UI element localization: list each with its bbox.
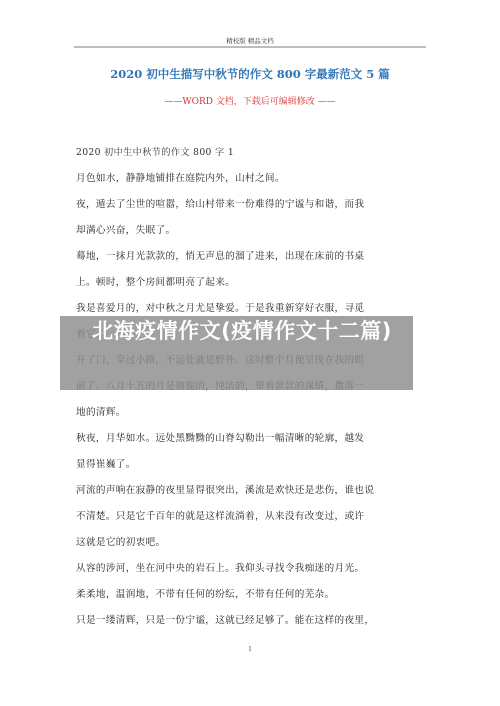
overlay-title: 北海疫情作文(疫情作文十二篇) [72,318,412,344]
paragraph-line: 上。顿时，整个房间都明亮了起来。 [76,270,426,296]
paragraph-line: 却满心兴奋，失眠了。 [76,218,426,244]
paragraph-line: 河流的声响在寂静的夜里显得很突出，溪流是欢快还是悲伤，谁也说 [76,478,426,504]
page-header-label: 精校版 精品文档 [0,36,500,45]
document-title: 2020 初中生描写中秋节的作文 800 字最新范文 5 篇 [0,66,500,82]
paragraph-line: 只是一缕清辉，只是一份宁谧，这就已经足够了。能在这样的夜里， [76,608,426,634]
paragraph-line: 从容的涉河，坐在河中央的岩石上。我仰头寻找令我痴迷的月光。 [76,556,426,582]
essay-heading: 2020 初中生中秋节的作文 800 字 1 [76,140,426,166]
paragraph-line: 显得崔巍了。 [76,452,426,478]
paragraph-line: 秋夜，月华如水。远处黑黝黝的山脊勾勒出一幅清晰的轮廓，越发 [76,426,426,452]
paragraph-line: 柔柔地，温润地，不带有任何的纷纭，不带有任何的芜杂。 [76,582,426,608]
paragraph-line: 蓦地，一抹月光款款的，悄无声息的溜了进来，出现在床前的书桌 [76,244,426,270]
paragraph-line: 月色如水，静静地铺排在庭院内外，山村之间。 [76,166,426,192]
document-subtitle: ——WORD 文档，下载后可编辑修改 —— [0,94,500,107]
paragraph-line: 地的清辉。 [76,400,426,426]
paragraph-line: 不清楚。只是它千百年的就是这样流淌着，从来没有改变过，或许 [76,504,426,530]
paragraph-line: 夜，遁去了尘世的喧嚣，给山村带来一份难得的宁谧与和谐，而我 [76,192,426,218]
header-divider [74,46,426,48]
page-number: 1 [0,646,500,653]
paragraph-line: 这就是它的初衷吧。 [76,530,426,556]
